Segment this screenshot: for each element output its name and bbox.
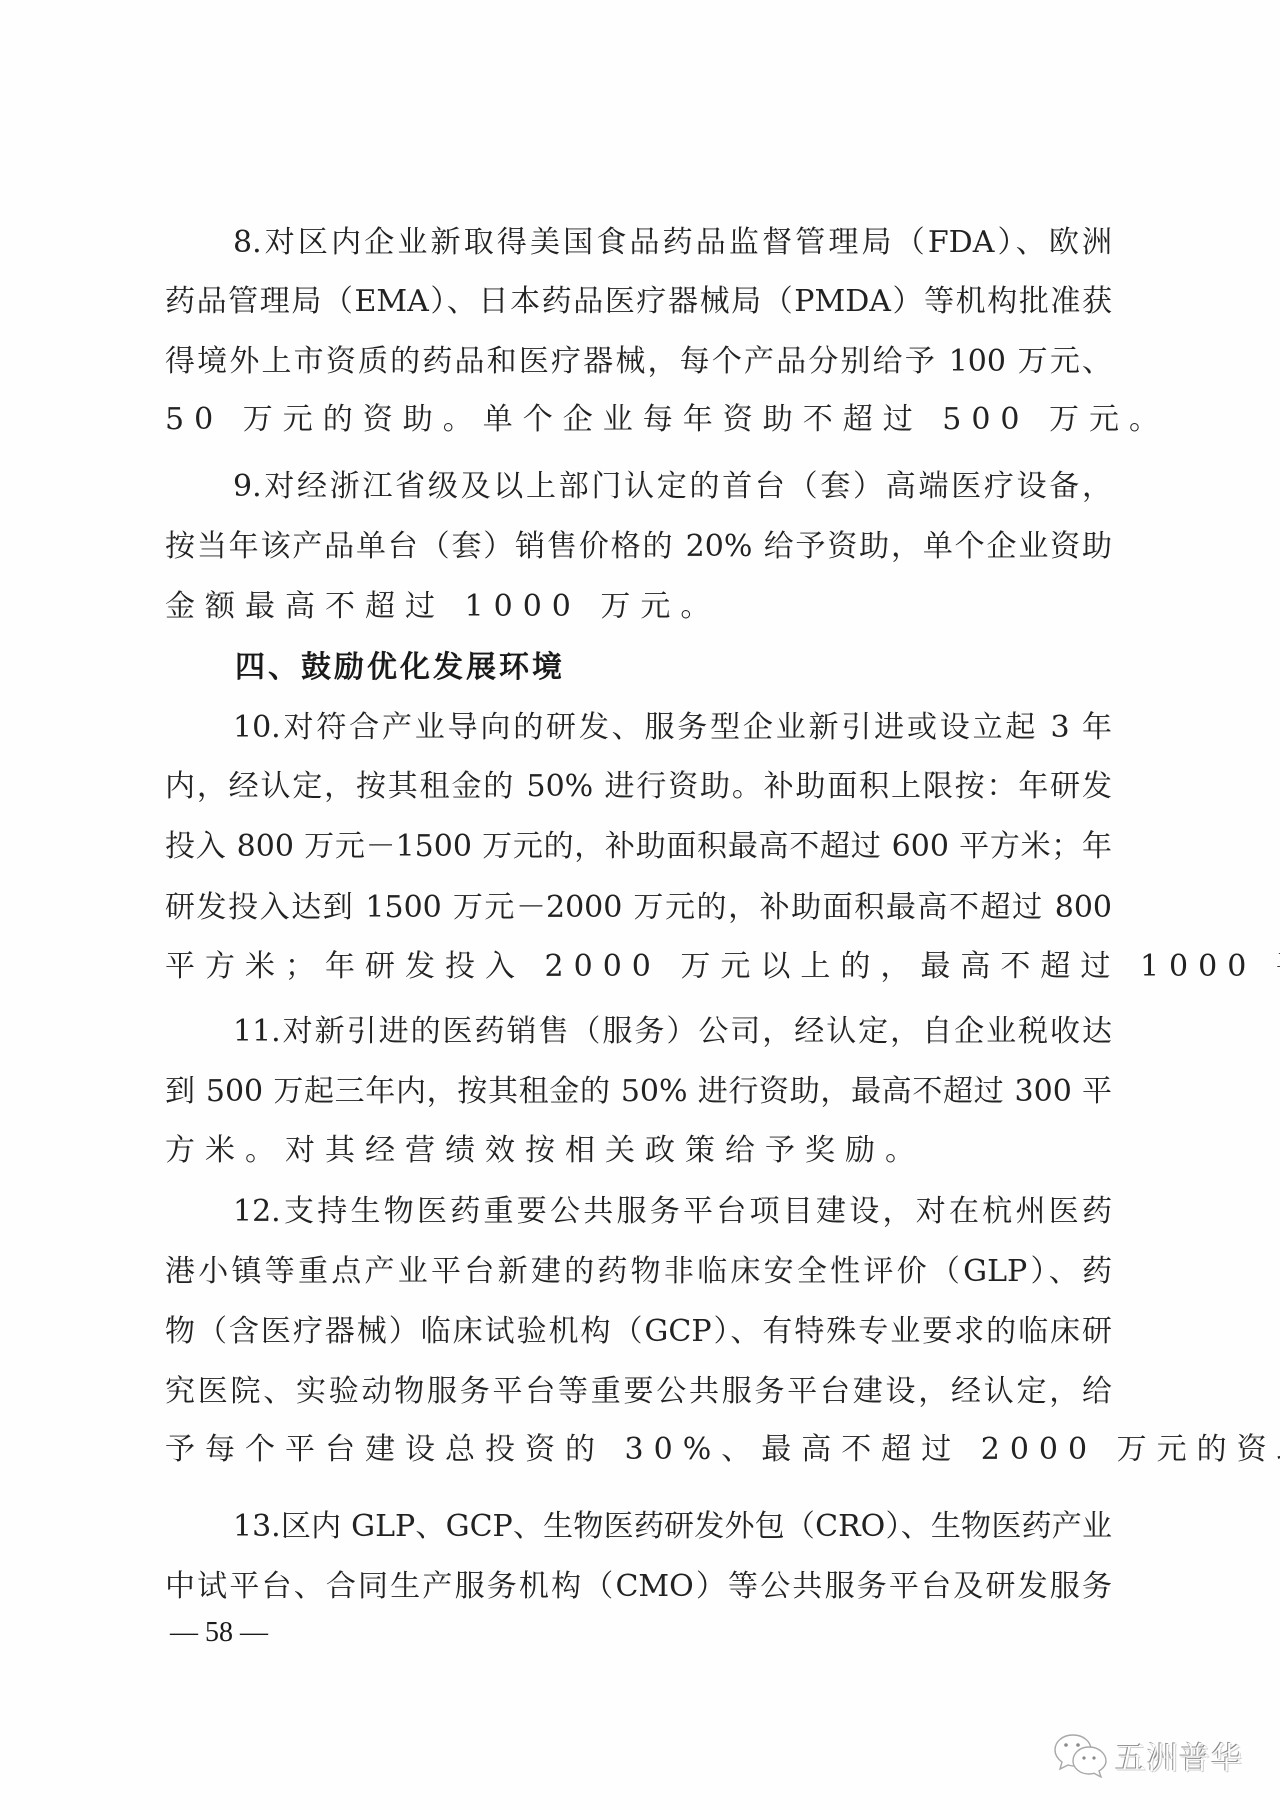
item-9-line-1: 9.对经浙江省级及以上部门认定的首台（套）高端医疗设备， — [233, 467, 1112, 507]
item-12-line-2: 港小镇等重点产业平台新建的药物非临床安全性评价（GLP）、药 — [165, 1252, 1112, 1292]
item-11-line-3: 方米。对其经营绩效按相关政策给予奖励。 — [165, 1131, 1112, 1171]
item-12-line-3: 物（含医疗器械）临床试验机构（GCP）、有特殊专业要求的临床研 — [165, 1312, 1112, 1352]
item-9-line-3: 金额最高不超过 1000 万元。 — [165, 587, 1112, 627]
watermark: 五洲普华 — [1053, 1730, 1243, 1780]
wechat-icon — [1053, 1732, 1109, 1778]
item-8-line-2: 药品管理局（EMA）、日本药品医疗器械局（PMDA）等机构批准获 — [165, 282, 1112, 322]
item-13-line-1: 13.区内 GLP、GCP、生物医药研发外包（CRO）、生物医药产业 — [233, 1507, 1112, 1547]
item-12-line-5: 予每个平台建设总投资的 30%、最高不超过 2000 万元的资助。 — [165, 1430, 1112, 1470]
page-number: — 58 — — [170, 1615, 268, 1651]
item-8-line-4: 50 万元的资助。单个企业每年资助不超过 500 万元。 — [165, 400, 1112, 440]
item-10-line-3: 投入 800 万元－1500 万元的，补助面积最高不超过 600 平方米；年 — [165, 827, 1112, 867]
item-9-line-2: 按当年该产品单台（套）销售价格的 20% 给予资助，单个企业资助 — [165, 527, 1112, 567]
item-10-line-5: 平方米；年研发投入 2000 万元以上的，最高不超过 1000 平方米。 — [165, 947, 1112, 987]
item-11-line-1: 11.对新引进的医药销售（服务）公司，经认定，自企业税收达 — [233, 1012, 1112, 1052]
item-12-line-1: 12.支持生物医药重要公共服务平台项目建设，对在杭州医药 — [233, 1192, 1112, 1232]
section-heading: 四、鼓励优化发展环境 — [235, 648, 565, 688]
watermark-text: 五洲普华 — [1115, 1733, 1243, 1778]
item-11-line-2: 到 500 万起三年内，按其租金的 50% 进行资助，最高不超过 300 平 — [165, 1072, 1112, 1112]
item-10-line-2: 内，经认定，按其租金的 50% 进行资助。补助面积上限按：年研发 — [165, 767, 1112, 807]
item-10-line-4: 研发投入达到 1500 万元－2000 万元的，补助面积最高不超过 800 — [165, 888, 1112, 928]
item-8-line-3: 得境外上市资质的药品和医疗器械，每个产品分别给予 100 万元、 — [165, 342, 1112, 382]
document-page: 8.对区内企业新取得美国食品药品监督管理局（FDA）、欧洲 药品管理局（EMA）… — [0, 0, 1280, 1810]
item-12-line-4: 究医院、实验动物服务平台等重要公共服务平台建设，经认定，给 — [165, 1372, 1112, 1412]
item-8-line-1: 8.对区内企业新取得美国食品药品监督管理局（FDA）、欧洲 — [233, 223, 1112, 263]
item-10-line-1: 10.对符合产业导向的研发、服务型企业新引进或设立起 3 年 — [233, 708, 1112, 748]
item-13-line-2: 中试平台、合同生产服务机构（CMO）等公共服务平台及研发服务 — [165, 1567, 1112, 1607]
